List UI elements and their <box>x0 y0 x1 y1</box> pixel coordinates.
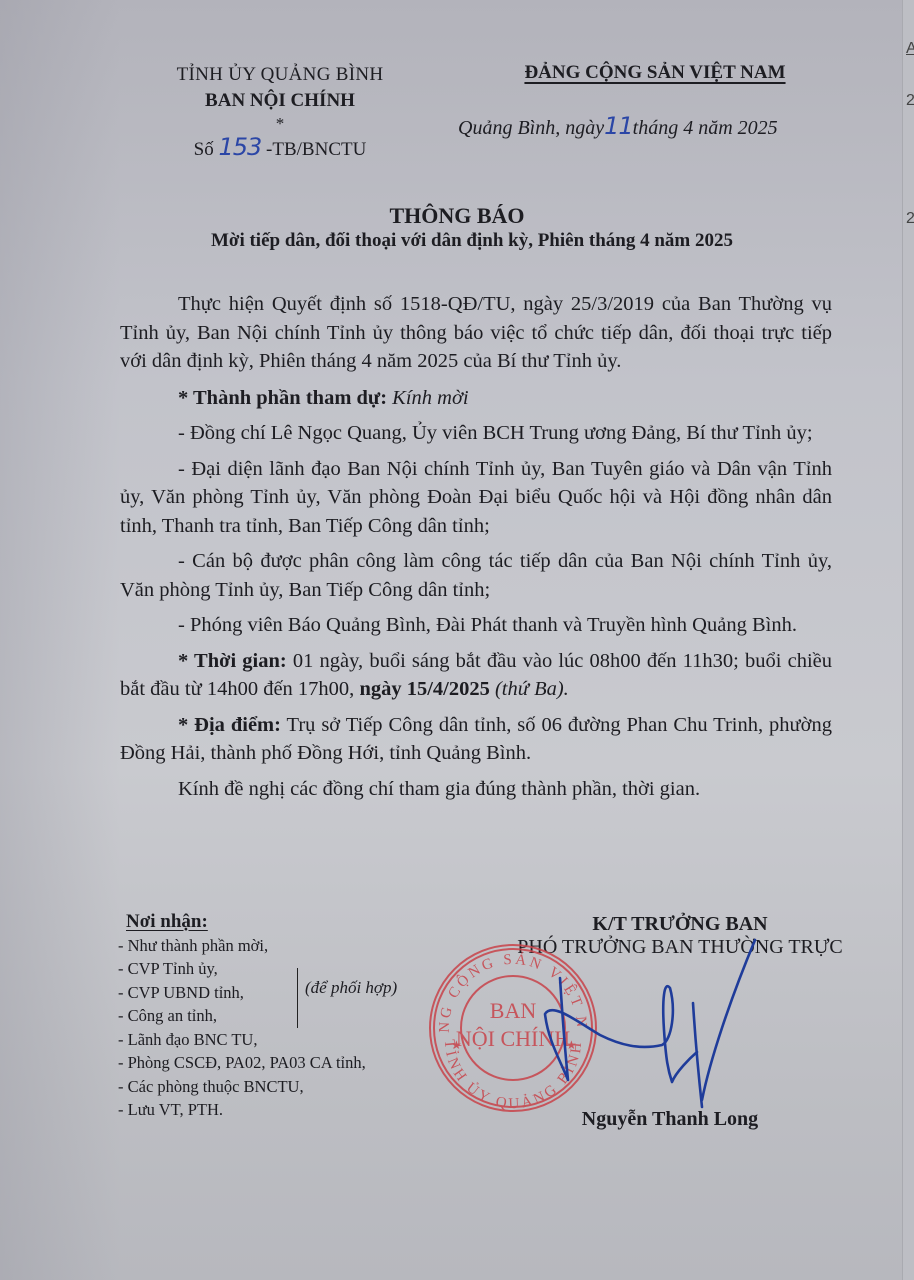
edge-glyph: 2 <box>906 92 914 110</box>
svg-text:NỘI CHÍNH: NỘI CHÍNH <box>456 1026 570 1051</box>
time-weekday: (thứ Ba). <box>495 678 569 700</box>
participant-item: - Đại diện lãnh đạo Ban Nội chính Tỉnh ủ… <box>120 455 832 541</box>
doc-number-handwritten: 153 <box>218 133 261 161</box>
star-separator: * <box>130 114 430 130</box>
participants-heading: * Thành phần tham dự: Kính mời <box>120 384 832 413</box>
participant-item: - Cán bộ được phân công làm công tác tiế… <box>120 547 832 604</box>
closing-paragraph: Kính đề nghị các đồng chí tham gia đúng … <box>120 775 832 804</box>
recipient-item: - Phòng CSCĐ, PA02, PA03 CA tỉnh, <box>118 1051 366 1075</box>
paper-shadow <box>0 0 120 1280</box>
issuing-authority-block: TỈNH ỦY QUẢNG BÌNH BAN NỘI CHÍNH * Số 15… <box>130 62 430 163</box>
document-title: THÔNG BÁO <box>0 203 914 229</box>
location-label: * Địa điểm: <box>178 714 281 736</box>
svg-text:BAN: BAN <box>490 998 537 1023</box>
recipient-item: - Như thành phần mời, <box>118 934 366 958</box>
signature-block: K/T TRƯỞNG BAN PHÓ TRƯỞNG BAN THƯỜNG TRỰ… <box>470 913 890 959</box>
recipient-item: - Công an tỉnh, <box>118 1004 366 1028</box>
participant-item: - Phóng viên Báo Quảng Bình, Đài Phát th… <box>120 611 832 640</box>
place-date-suffix: tháng 4 năm 2025 <box>633 117 778 139</box>
place-date-prefix: Quảng Bình, ngày <box>458 117 604 139</box>
department-name: BAN NỘI CHÍNH <box>130 88 430 114</box>
intro-paragraph: Thực hiện Quyết định số 1518-QĐ/TU, ngày… <box>120 290 832 376</box>
time-date: ngày 15/4/2025 <box>359 678 489 700</box>
svg-text:★: ★ <box>566 1038 577 1052</box>
org-name: TỈNH ỦY QUẢNG BÌNH <box>130 62 430 88</box>
recipient-item: - Lưu VT, PTH. <box>118 1098 366 1122</box>
signature-position: PHÓ TRƯỞNG BAN THƯỜNG TRỰC <box>470 936 890 959</box>
signature-on-behalf: K/T TRƯỞNG BAN <box>470 913 890 936</box>
adjacent-page-edge: A 2 2 <box>902 0 914 1280</box>
party-name: ĐẢNG CỘNG SẢN VIỆT NAM <box>524 62 785 83</box>
svg-text:TỈNH ỦY QUẢNG BÌNH: TỈNH ỦY QUẢNG BÌNH <box>441 1039 586 1112</box>
document-subtitle: Mời tiếp dân, đối thoại với dân định kỳ,… <box>0 230 914 252</box>
recipient-item: - Các phòng thuộc BNCTU, <box>118 1075 366 1099</box>
signer-name: Nguyễn Thanh Long <box>540 1108 800 1131</box>
participant-item: - Đồng chí Lê Ngọc Quang, Ủy viên BCH Tr… <box>120 419 832 448</box>
edge-glyph: A <box>906 40 914 58</box>
handwritten-signature <box>545 940 755 1107</box>
svg-text:★: ★ <box>451 1038 462 1052</box>
party-header: ĐẢNG CỘNG SẢN VIỆT NAM <box>455 62 855 84</box>
doc-number-suffix: -TB/BNCTU <box>266 139 366 160</box>
time-paragraph: * Thời gian: 01 ngày, buổi sáng bắt đầu … <box>120 647 832 704</box>
coordination-note: (để phối hợp) <box>305 978 397 998</box>
recipients-heading: Nơi nhận: <box>126 910 366 934</box>
doc-number-prefix: Số <box>194 139 214 160</box>
time-label: * Thời gian: <box>178 650 287 672</box>
coordination-bracket <box>297 968 298 1028</box>
document-number: Số 153 -TB/BNCTU <box>130 134 430 163</box>
location-paragraph: * Địa điểm: Trụ sở Tiếp Công dân tỉnh, s… <box>120 711 832 768</box>
participants-label: * Thành phần tham dự: <box>178 387 387 409</box>
participants-invite: Kính mời <box>392 387 468 409</box>
day-handwritten: 11 <box>604 112 633 140</box>
recipient-item: - CVP Tỉnh ủy, <box>118 957 366 981</box>
recipients-block: Nơi nhận: - Như thành phần mời, - CVP Tỉ… <box>118 910 366 1122</box>
document-body: Thực hiện Quyết định số 1518-QĐ/TU, ngày… <box>120 290 832 803</box>
place-date: Quảng Bình, ngày11tháng 4 năm 2025 <box>458 112 778 140</box>
recipient-item: - Lãnh đạo BNC TU, <box>118 1028 366 1052</box>
